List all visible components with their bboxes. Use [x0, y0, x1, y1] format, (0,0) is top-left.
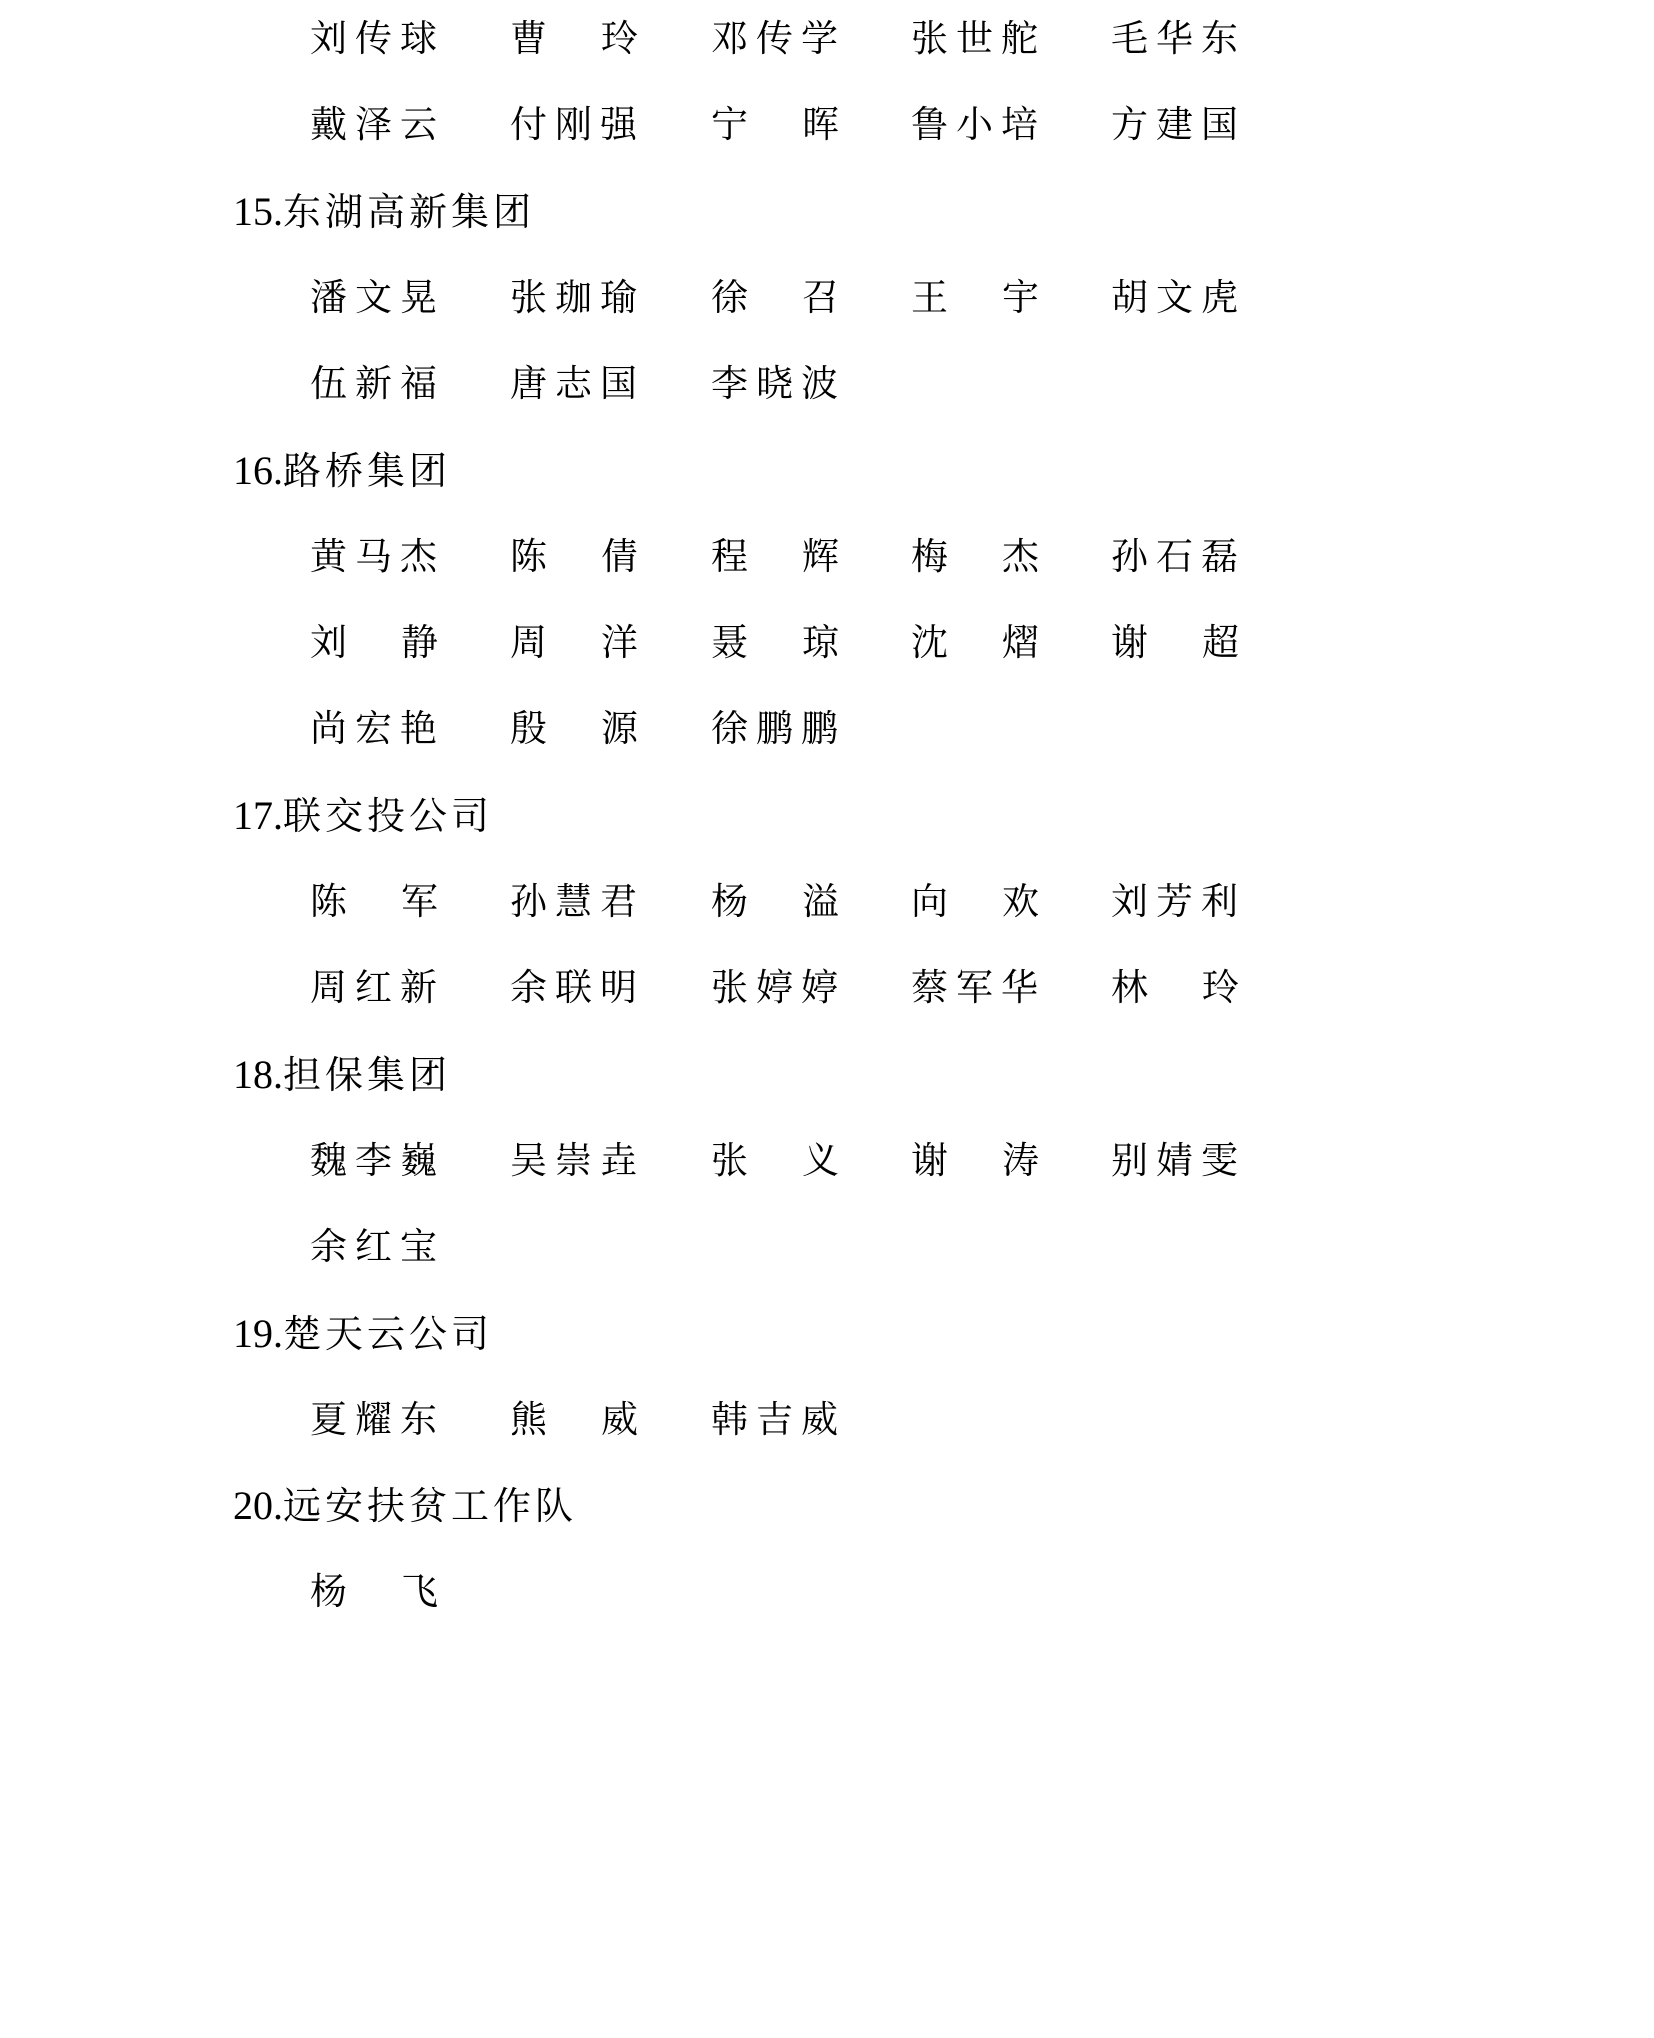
- person-name: 周红新: [310, 966, 438, 1010]
- section-heading: 17.联交投公司: [233, 794, 493, 838]
- section-title: 楚天云公司: [283, 1312, 493, 1356]
- section-title: 担保集团: [283, 1053, 451, 1097]
- section-heading: 20.远安扶贫工作队: [233, 1484, 577, 1528]
- person-name: 李晓波: [711, 362, 839, 406]
- person-name: 谢超: [1111, 621, 1239, 665]
- person-name: 徐召: [711, 276, 839, 320]
- person-name: 余红宝: [310, 1225, 438, 1269]
- person-name: 聂琼: [711, 621, 839, 665]
- section-number: 18.: [233, 1052, 283, 1097]
- person-name: 刘静: [310, 621, 438, 665]
- section-heading: 18.担保集团: [233, 1053, 451, 1097]
- section-heading: 15.东湖高新集团: [233, 190, 535, 234]
- person-name: 王宇: [911, 276, 1039, 320]
- person-name: 曹玲: [510, 17, 638, 61]
- person-name: 伍新福: [310, 362, 438, 406]
- section-number: 16.: [233, 448, 283, 493]
- section-title: 联交投公司: [283, 794, 493, 838]
- person-name: 孙慧君: [510, 880, 638, 924]
- person-name: 程辉: [711, 535, 839, 579]
- section-title: 路桥集团: [283, 449, 451, 493]
- person-name: 张世舵: [911, 17, 1039, 61]
- person-name: 谢涛: [911, 1139, 1039, 1183]
- person-name: 陈军: [310, 880, 438, 924]
- person-name: 戴泽云: [310, 103, 438, 147]
- person-name: 刘芳利: [1111, 880, 1239, 924]
- person-name: 韩吉威: [711, 1398, 839, 1442]
- person-name: 吴崇垚: [510, 1139, 638, 1183]
- person-name: 张婷婷: [711, 966, 839, 1010]
- person-name: 沈熠: [911, 621, 1039, 665]
- person-name: 林玲: [1111, 966, 1239, 1010]
- person-name: 毛华东: [1111, 17, 1239, 61]
- person-name: 张珈瑜: [510, 276, 638, 320]
- person-name: 尚宏艳: [310, 707, 438, 751]
- person-name: 孙石磊: [1111, 535, 1239, 579]
- person-name: 胡文虎: [1111, 276, 1239, 320]
- person-name: 方建国: [1111, 103, 1239, 147]
- person-name: 周洋: [510, 621, 638, 665]
- person-name: 魏李巍: [310, 1139, 438, 1183]
- section-number: 20.: [233, 1483, 283, 1528]
- section-number: 17.: [233, 793, 283, 838]
- person-name: 邓传学: [711, 17, 839, 61]
- person-name: 余联明: [510, 966, 638, 1010]
- section-title: 远安扶贫工作队: [283, 1484, 577, 1528]
- person-name: 黄马杰: [310, 535, 438, 579]
- section-number: 15.: [233, 189, 283, 234]
- person-name: 陈倩: [510, 535, 638, 579]
- person-name: 刘传球: [310, 17, 438, 61]
- section-number: 19.: [233, 1311, 283, 1356]
- person-name: 杨溢: [711, 880, 839, 924]
- person-name: 熊威: [510, 1398, 638, 1442]
- person-name: 向欢: [911, 880, 1039, 924]
- person-name: 鲁小培: [911, 103, 1039, 147]
- person-name: 张义: [711, 1139, 839, 1183]
- person-name: 宁晖: [711, 103, 839, 147]
- section-heading: 16.路桥集团: [233, 449, 451, 493]
- person-name: 唐志国: [510, 362, 638, 406]
- person-name: 徐鹏鹏: [711, 707, 839, 751]
- person-name: 潘文晃: [310, 276, 438, 320]
- section-heading: 19.楚天云公司: [233, 1312, 493, 1356]
- section-title: 东湖高新集团: [283, 190, 535, 234]
- person-name: 别婧雯: [1111, 1139, 1239, 1183]
- person-name: 付刚强: [510, 103, 638, 147]
- person-name: 殷源: [510, 707, 638, 751]
- person-name: 蔡军华: [911, 966, 1039, 1010]
- person-name: 夏耀东: [310, 1398, 438, 1442]
- person-name: 杨飞: [310, 1570, 438, 1614]
- person-name: 梅杰: [911, 535, 1039, 579]
